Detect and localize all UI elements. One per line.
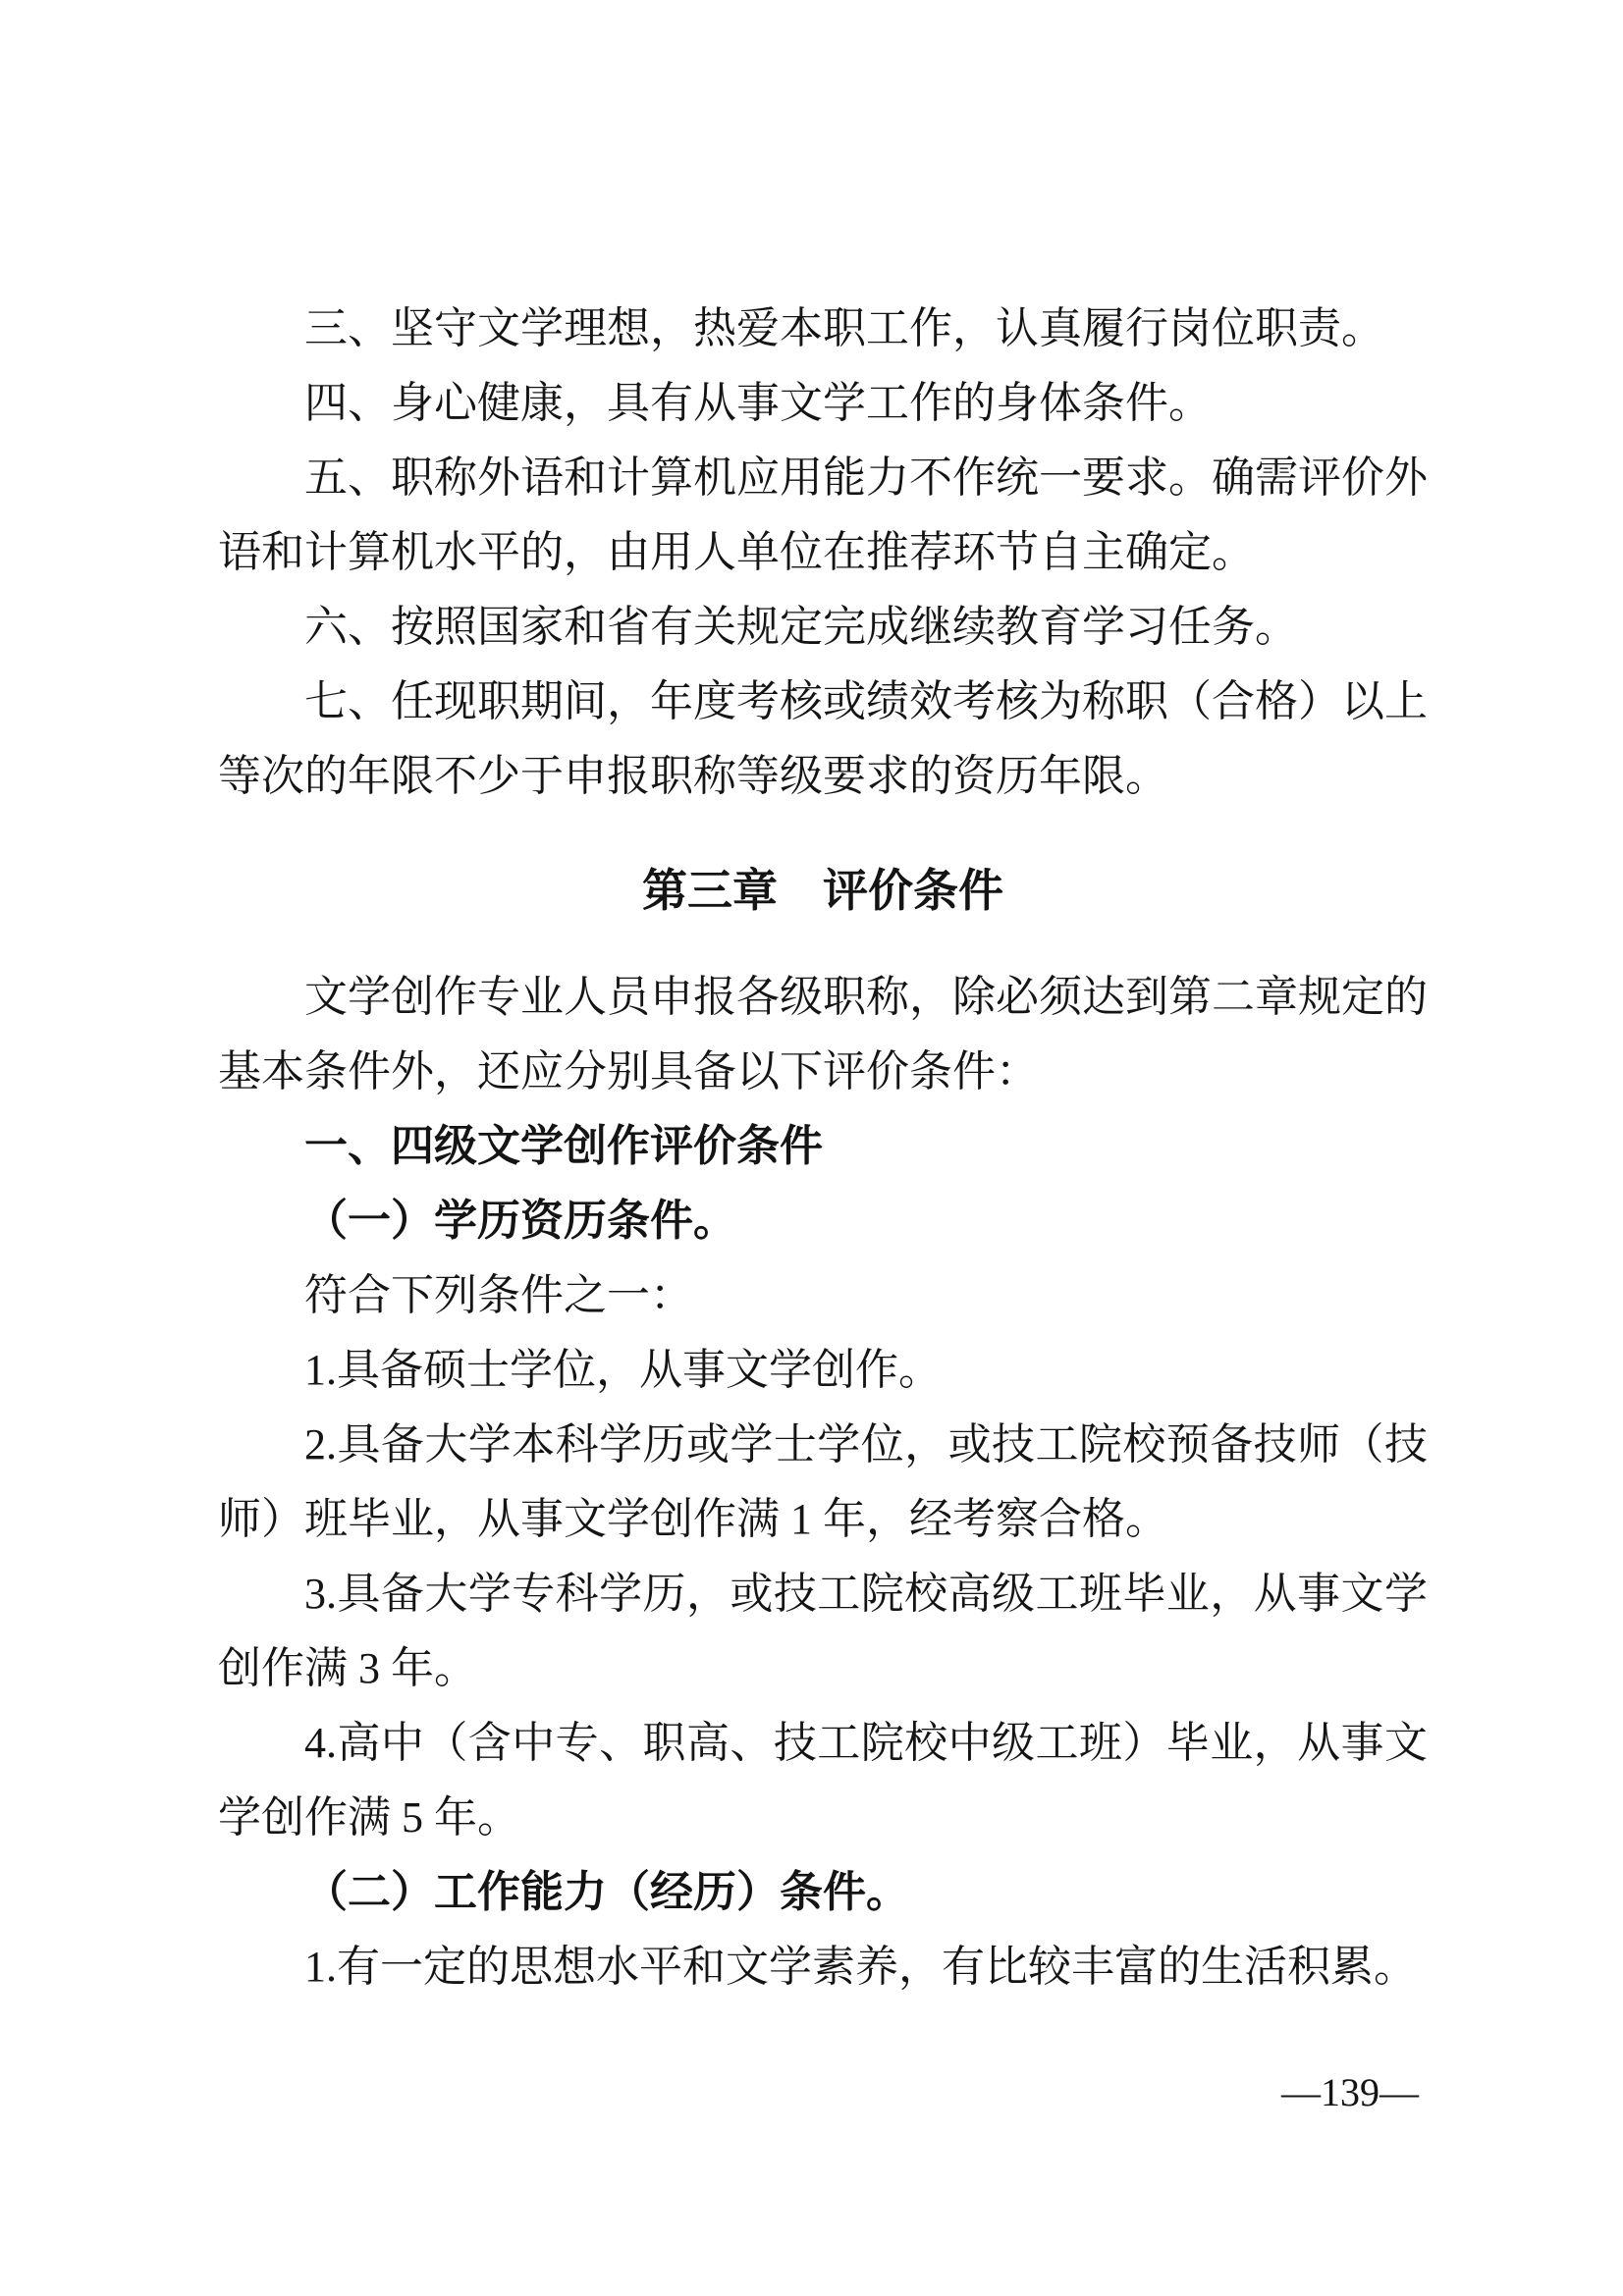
paragraph-chapter-intro: 文学创作专业人员申报各级职称，除必须达到第二章规定的基本条件外，还应分别具备以下… [218,960,1428,1109]
paragraph-condition-4: 4.高中（含中专、职高、技工院校中级工班）毕业，从事文学创作满 5 年。 [218,1706,1428,1855]
paragraph-clause-7: 七、任现职期间，年度考核或绩效考核为称职（合格）以上等次的年限不少于申报职称等级… [218,665,1428,814]
paragraph-clause-5: 五、职称外语和计算机应用能力不作统一要求。确需评价外语和计算机水平的，由用人单位… [218,441,1428,590]
document-page: 三、坚守文学理想，热爱本职工作，认真履行岗位职责。 四、身心健康，具有从事文学工… [0,0,1623,2296]
paragraph-lead-in: 符合下列条件之一： [218,1258,1428,1333]
paragraph-condition-2: 2.具备大学本科学历或学士学位，或技工院校预备技师（技师）班毕业，从事文学创作满… [218,1408,1428,1557]
paragraph-clause-4: 四、身心健康，具有从事文学工作的身体条件。 [218,366,1428,441]
paragraph-clause-6: 六、按照国家和省有关规定完成继续教育学习任务。 [218,590,1428,665]
paragraph-condition-3: 3.具备大学专科学历，或技工院校高级工班毕业，从事文学创作满 3 年。 [218,1557,1428,1706]
document-body: 三、坚守文学理想，热爱本职工作，认真履行岗位职责。 四、身心健康，具有从事文学工… [218,292,1428,2004]
section-heading-level4-creation: 一、四级文学创作评价条件 [218,1109,1428,1184]
chapter-heading: 第三章 评价条件 [218,853,1428,928]
subsection-heading-education: （一）学历资历条件。 [218,1184,1428,1258]
paragraph-ability-1: 1.有一定的思想水平和文学素养，有比较丰富的生活积累。 [218,1930,1428,2004]
paragraph-condition-1: 1.具备硕士学位，从事文学创作。 [218,1333,1428,1408]
paragraph-clause-3: 三、坚守文学理想，热爱本职工作，认真履行岗位职责。 [218,292,1428,366]
subsection-heading-ability: （二）工作能力（经历）条件。 [218,1855,1428,1930]
page-number: —139— [1281,2067,1419,2118]
